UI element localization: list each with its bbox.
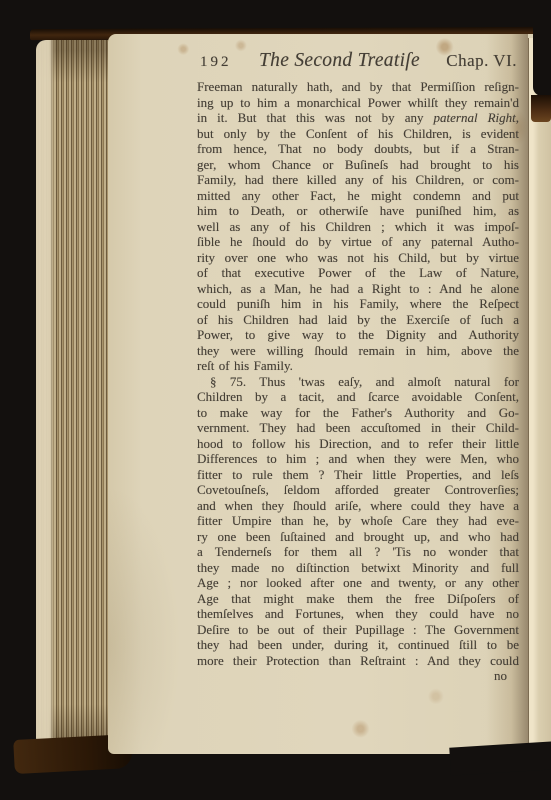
text-line: Power, to give way to the Dignity and Au… (197, 327, 519, 343)
text-line: Family, had there killed any of his Chil… (197, 172, 519, 188)
text-line: mitted any other Fact, he might condemn … (197, 188, 519, 204)
text-line: ſible he ſhould do by virtue of any pate… (197, 234, 519, 250)
running-title: The Second Treatiſe (259, 50, 420, 72)
text-line: reſt of his Family. (197, 358, 519, 374)
page-number: 192 (200, 54, 232, 71)
chapter-heading: Chap. VI. (446, 51, 517, 71)
top-right-leather-edge (531, 95, 551, 122)
text-line: Deſire to be out of their Pupillage : Th… (197, 622, 519, 638)
text-line: they were willing ſhould remain in him, … (197, 343, 519, 359)
text-line: hood to follow his Direction, and to ref… (197, 436, 519, 452)
text-line: they had been under, during it, continue… (197, 637, 519, 653)
text-line: § 75. Thus 'twas eaſy, and almoſt natura… (197, 374, 519, 390)
text-line: fitter Umpire than he, by whoſe Care the… (197, 513, 519, 529)
text-line: and when they ſhould ariſe, where could … (197, 498, 519, 514)
text-line: ger, whom Chance or Buſineſs had brought… (197, 157, 519, 173)
facing-page-edge (528, 38, 551, 752)
text-line: a Tenderneſs for them all ? 'Tis no wond… (197, 544, 519, 560)
text-line: Children by a tacit, and ſcarce avoidabl… (197, 389, 519, 405)
text-line: him to Death, or otherwiſe have puniſhed… (197, 203, 519, 219)
text-line: ry one been ſuſtained and brought up, an… (197, 529, 519, 545)
text-line: Freeman naturally hath, and by that Perm… (197, 79, 519, 95)
printed-text: 192 The Second Treatiſe Chap. VI. Freema… (197, 46, 519, 684)
text-line: but only by the Conſent of his Children,… (197, 126, 519, 142)
text-line: of his Children had laid by the Exerciſe… (197, 312, 519, 328)
text-line: vernment. They had been accuſtomed in th… (197, 420, 519, 436)
text-line: which, as a Man, he had a Right to : And… (197, 281, 519, 297)
catchword: no (197, 668, 519, 684)
text-line: well as any of his Children ; which it w… (197, 219, 519, 235)
text-line: ing up to him a monarchical Power whilſt… (197, 95, 519, 111)
page-header: 192 The Second Treatiſe Chap. VI. (197, 46, 519, 72)
text-line: in it. But that this was not by any pate… (197, 110, 519, 126)
book-photo: 192 The Second Treatiſe Chap. VI. Freema… (0, 0, 551, 800)
fore-edge-pages (36, 40, 111, 754)
text-line: fitter to rule them ? Their little Prope… (197, 467, 519, 483)
text-line: could puniſh him in his Family, where th… (197, 296, 519, 312)
text-line: of that executive Power of the Law of Na… (197, 265, 519, 281)
text-line: to make way for the Father's Authority a… (197, 405, 519, 421)
text-line: from hence, That no body doubts, but if … (197, 141, 519, 157)
text-line: more their Protection than Reſtraint : A… (197, 653, 519, 669)
top-right-background (533, 0, 551, 96)
text-line: Age ; nor looked after one and twenty, o… (197, 575, 519, 591)
text-line: themſelves and Fortunes, when they could… (197, 606, 519, 622)
text-line: Age that might make them the free Diſpoſ… (197, 591, 519, 607)
text-line: they made no diſtinction betwixt Minorit… (197, 560, 519, 576)
text-line: Covetouſneſs, ſeldom afforded greater Co… (197, 482, 519, 498)
body-lines: Freeman naturally hath, and by that Perm… (197, 79, 519, 668)
text-line: Differences to him ; and when they were … (197, 451, 519, 467)
text-line: rity over one who was not his Child, but… (197, 250, 519, 266)
